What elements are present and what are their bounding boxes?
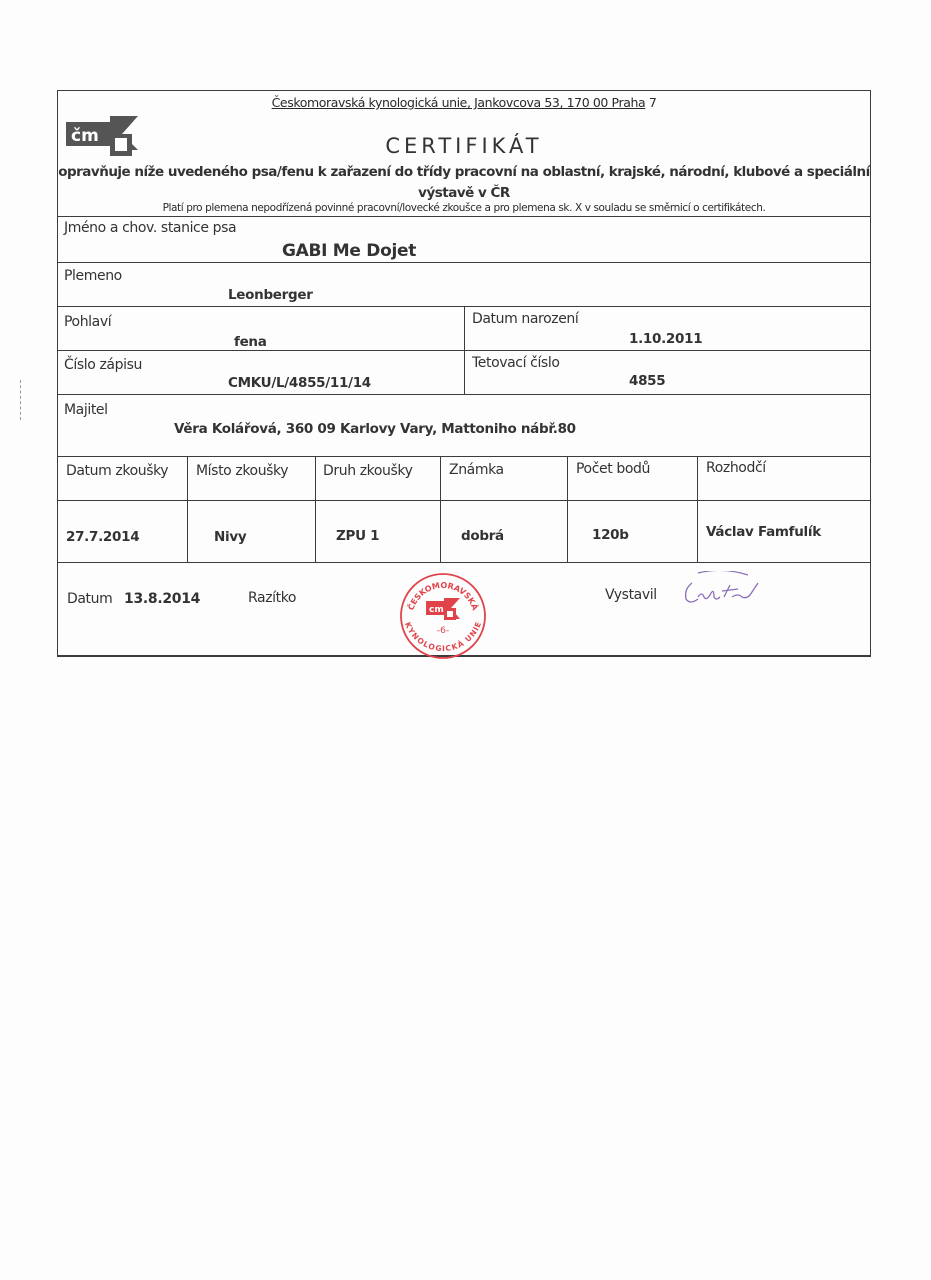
certificate-note: Platí pro plemena nepodřízená povinné pr…	[58, 202, 870, 214]
birth-date-value: 1.10.2011	[629, 331, 702, 347]
table-header-cell: Místo zkoušky	[188, 457, 315, 501]
cell-registration: Číslo zápisu CMKU/L/4855/11/14	[58, 351, 464, 394]
registration-label: Číslo zápisu	[64, 357, 142, 373]
official-stamp-icon: ČESKOMORAVSKÁ KYNOLOGICKÁ UNIE cm -6-	[398, 571, 488, 661]
exam-type-value: ZPU 1	[336, 528, 379, 544]
exam-table: Datum zkoušky 27.7.2014 Místo zkoušky Ni…	[58, 457, 870, 562]
table-header-cell: Známka	[441, 457, 567, 501]
row-breed: Plemeno Leonberger	[58, 263, 870, 307]
issue-date-value: 13.8.2014	[124, 591, 200, 607]
subtitle-line-2: výstavě v ČR	[58, 183, 870, 204]
signature-icon	[678, 571, 768, 611]
table-cell: 120b	[568, 501, 697, 562]
svg-text:cm: cm	[429, 605, 444, 615]
header-points: Počet bodů	[576, 461, 650, 477]
table-header-cell: Datum zkoušky	[58, 457, 187, 501]
breed-label: Plemeno	[64, 268, 122, 284]
header-judge: Rozhodčí	[706, 460, 766, 476]
certificate-footer: Datum 13.8.2014 Razítko ČESKOMORAVSKÁ KY…	[58, 562, 870, 656]
table-cell: 27.7.2014	[58, 501, 187, 562]
issued-by-label: Vystavil	[605, 587, 657, 603]
table-header-cell: Počet bodů	[568, 457, 697, 501]
issue-date-label: Datum	[67, 591, 112, 607]
row-dog-name: Jméno a chov. stanice psa GABI Me Dojet	[58, 217, 870, 263]
registration-value: CMKU/L/4855/11/14	[228, 375, 371, 391]
dog-name-label: Jméno a chov. stanice psa	[64, 220, 236, 236]
cell-tattoo: Tetovací číslo 4855	[464, 351, 870, 394]
cell-birth-date: Datum narození 1.10.2011	[464, 307, 870, 350]
cell-sex: Pohlaví fena	[58, 307, 464, 350]
tattoo-label: Tetovací číslo	[472, 355, 559, 371]
points-value: 120b	[592, 527, 629, 543]
scan-edge-mark	[20, 380, 21, 420]
table-header-cell: Rozhodčí	[698, 457, 870, 501]
grade-value: dobrá	[461, 528, 504, 544]
certificate-subtitle: opravňuje níže uvedeného psa/fenu k zařa…	[58, 162, 870, 204]
table-cell: Václav Famfulík	[698, 501, 870, 562]
col-points: Počet bodů 120b	[568, 457, 698, 562]
scanned-page: Českomoravská kynologická unie, Jankovco…	[0, 0, 931, 1280]
row-registration-tattoo: Číslo zápisu CMKU/L/4855/11/14 Tetovací …	[58, 351, 870, 395]
organization-suffix: 7	[645, 95, 656, 110]
exam-date-value: 27.7.2014	[66, 529, 139, 545]
owner-label: Majitel	[64, 402, 108, 418]
row-owner: Majitel Věra Kolářová, 360 09 Karlovy Va…	[58, 395, 870, 457]
certificate: Českomoravská kynologická unie, Jankovco…	[57, 90, 871, 657]
table-cell: Nivy	[188, 501, 315, 562]
col-exam-place: Místo zkoušky Nivy	[188, 457, 316, 562]
exam-place-value: Nivy	[214, 529, 246, 545]
table-cell: dobrá	[441, 501, 567, 562]
tattoo-value: 4855	[629, 373, 665, 389]
organization-name: Českomoravská kynologická unie, Jankovco…	[272, 95, 646, 110]
birth-date-label: Datum narození	[472, 311, 578, 327]
col-grade: Známka dobrá	[441, 457, 568, 562]
sex-label: Pohlaví	[64, 314, 111, 330]
row-sex-birth: Pohlaví fena Datum narození 1.10.2011	[58, 307, 870, 351]
svg-text:-6-: -6-	[437, 626, 449, 636]
organization-address: Českomoravská kynologická unie, Jankovco…	[58, 95, 870, 110]
header-exam-date: Datum zkoušky	[66, 463, 168, 479]
col-exam-type: Druh zkoušky ZPU 1	[316, 457, 441, 562]
col-judge: Rozhodčí Václav Famfulík	[698, 457, 870, 562]
subtitle-line-1: opravňuje níže uvedeného psa/fenu k zařa…	[58, 162, 870, 183]
certificate-title: CERTIFIKÁT	[58, 134, 870, 158]
header-exam-type: Druh zkoušky	[323, 463, 413, 479]
dog-name-value: GABI Me Dojet	[282, 241, 416, 261]
table-header-cell: Druh zkoušky	[316, 457, 440, 501]
col-exam-date: Datum zkoušky 27.7.2014	[58, 457, 188, 562]
sex-value: fena	[234, 334, 267, 350]
header-grade: Známka	[449, 462, 504, 478]
header-exam-place: Místo zkoušky	[196, 463, 288, 479]
stamp-label: Razítko	[248, 590, 296, 606]
certificate-header: Českomoravská kynologická unie, Jankovco…	[58, 91, 870, 217]
table-cell: ZPU 1	[316, 501, 440, 562]
judge-value: Václav Famfulík	[706, 524, 821, 540]
owner-value: Věra Kolářová, 360 09 Karlovy Vary, Matt…	[174, 421, 576, 437]
breed-value: Leonberger	[228, 287, 313, 303]
